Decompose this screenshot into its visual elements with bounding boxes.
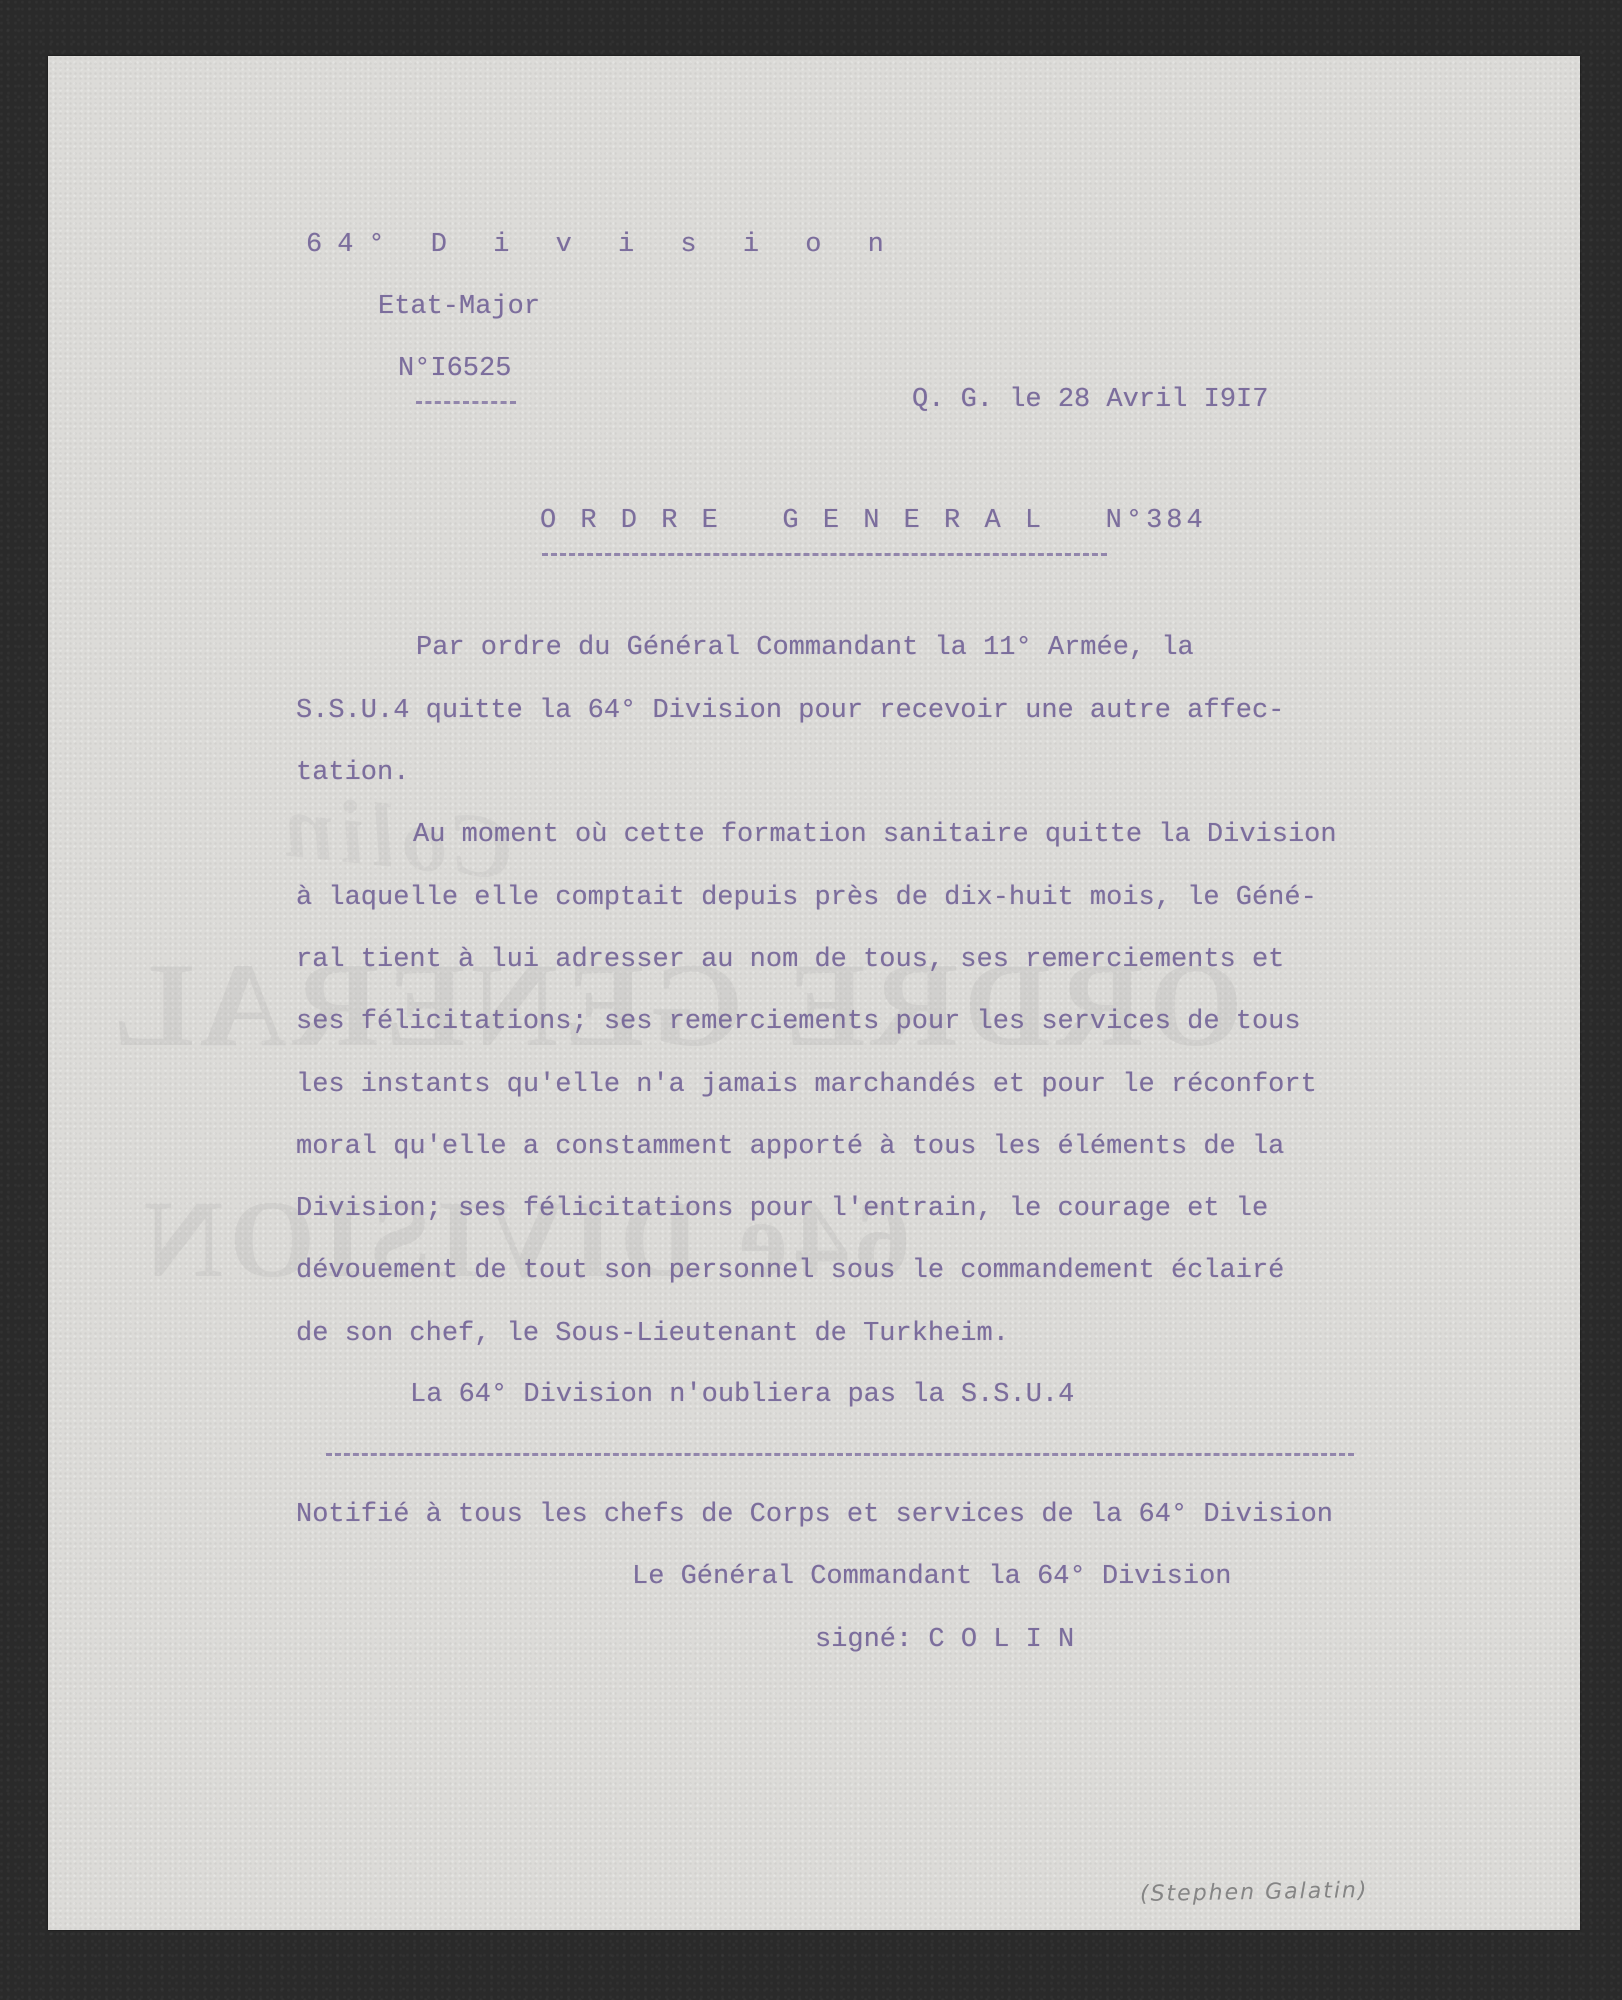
handwritten-note: (Stephen Galatin) bbox=[1140, 1878, 1369, 1907]
body-line: ses félicitations; ses remerciements pou… bbox=[296, 1009, 1301, 1036]
body-line: les instants qu'elle n'a jamais marchand… bbox=[296, 1072, 1317, 1099]
place-date: Q. G. le 28 Avril I9I7 bbox=[912, 387, 1268, 414]
division-heading: 64° D i v i s i o n bbox=[306, 232, 899, 259]
body-line: dévouement de tout son personnel sous le… bbox=[296, 1258, 1284, 1285]
section-separator bbox=[326, 1453, 1354, 1456]
body-line: tation. bbox=[296, 760, 409, 787]
body-line: de son chef, le Sous-Lieutenant de Turkh… bbox=[296, 1321, 1009, 1348]
body-line: ral tient à lui adresser au nom de tous,… bbox=[296, 947, 1284, 974]
reference-number: N°I6525 bbox=[398, 356, 511, 383]
signatory-title: Le Général Commandant la 64° Division bbox=[632, 1564, 1232, 1591]
body-line: moral qu'elle a constamment apporté à to… bbox=[296, 1134, 1284, 1161]
signature-line: signé: C O L I N bbox=[815, 1627, 1074, 1654]
closing-line: La 64° Division n'oubliera pas la S.S.U.… bbox=[410, 1382, 1074, 1409]
body-line: à laquelle elle comptait depuis près de … bbox=[296, 885, 1317, 912]
body-line: S.S.U.4 quitte la 64° Division pour rece… bbox=[296, 698, 1284, 725]
body-line: Par ordre du Général Commandant la 11° A… bbox=[416, 635, 1194, 662]
reference-underline bbox=[416, 401, 516, 404]
document-title: O R D R E G E N E R A L N°384 bbox=[540, 508, 1207, 535]
body-line: Au moment où cette formation sanitaire q… bbox=[413, 822, 1337, 849]
document-page: ORDRE GENERAL 64e DIVISION Colin bbox=[48, 56, 1580, 1930]
body-line: Division; ses félicitations pour l'entra… bbox=[296, 1196, 1268, 1223]
notification-line: Notifié à tous les chefs de Corps et ser… bbox=[296, 1502, 1333, 1529]
staff-label: Etat-Major bbox=[378, 294, 540, 321]
title-underline bbox=[542, 553, 1107, 556]
